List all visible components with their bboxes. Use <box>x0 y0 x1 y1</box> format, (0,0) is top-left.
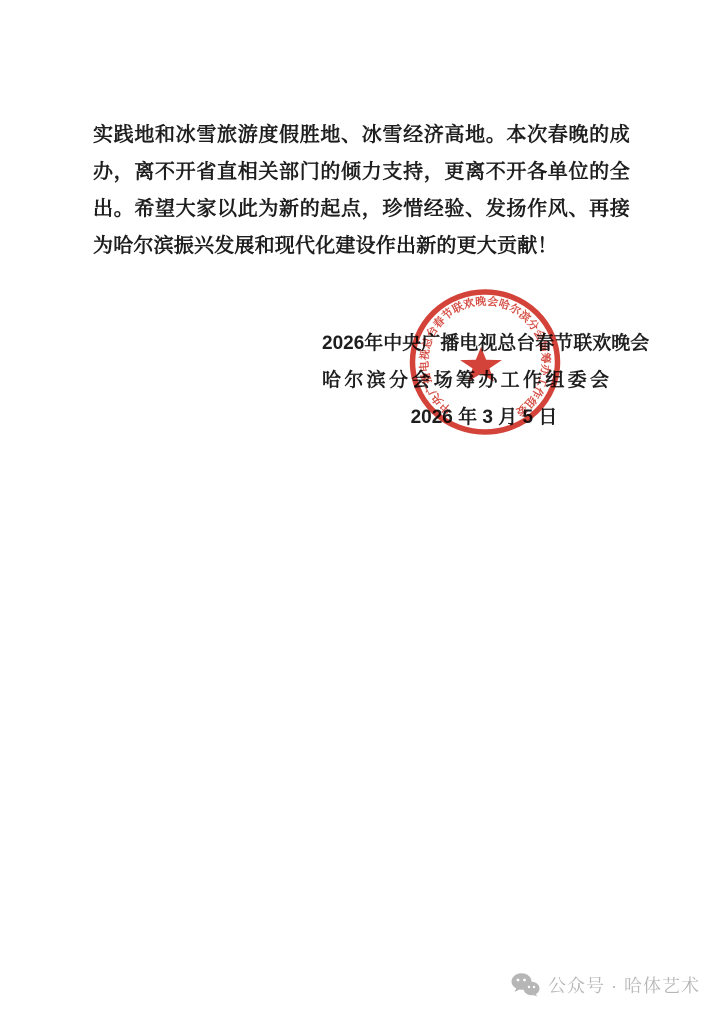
signature-date: 2026 年 3 月 5 日 <box>322 399 612 436</box>
body-line: 为哈尔滨振兴发展和现代化建设作出新的更大贡献！ <box>93 228 630 265</box>
signature-organization-line1: 2026年中央广播电视总台春节联欢晚会 <box>322 325 612 362</box>
signature-organization-line2: 哈尔滨分会场筹办工作组委会 <box>322 362 612 399</box>
body-line: 实践地和冰雪旅游度假胜地、冰雪经济高地。本次春晚的成功举 <box>93 117 630 154</box>
body-paragraph: 实践地和冰雪旅游度假胜地、冰雪经济高地。本次春晚的成功举 办，离不开省直相关部门… <box>93 117 630 265</box>
signature-block: 2026年中央广播电视总台春节联欢晚会 哈尔滨分会场筹办工作组委会 2026 年… <box>322 325 612 436</box>
document-page: 实践地和冰雪旅游度假胜地、冰雪经济高地。本次春晚的成功举 办，离不开省直相关部门… <box>0 0 720 1018</box>
wechat-icon <box>511 973 540 997</box>
watermark: 公众号 · 哈体艺术 <box>511 972 700 998</box>
body-line: 出。希望大家以此为新的起点，珍惜经验、发扬作风、再接再厉， <box>93 191 630 228</box>
watermark-label: 公众号 · 哈体艺术 <box>548 972 700 998</box>
body-line: 办，离不开省直相关部门的倾力支持，更离不开各单位的全力付 <box>93 154 630 191</box>
